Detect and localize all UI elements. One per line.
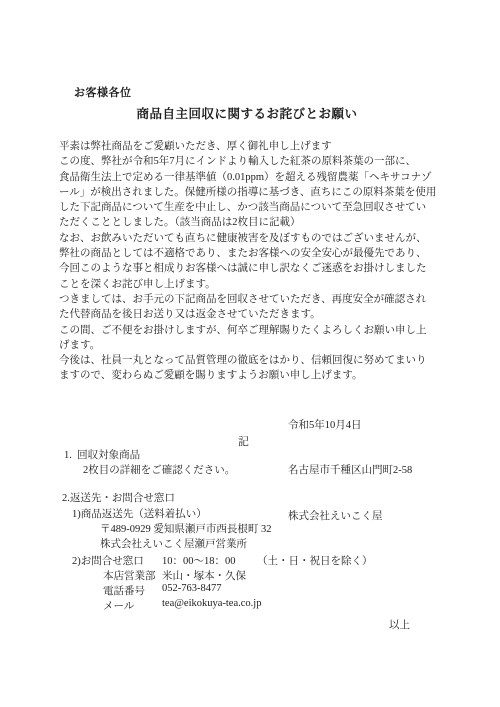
signature-company: 株式会社えいこく屋 [288,509,412,524]
body-line: なお、お飲みいただいても直ちに健康被害を及ぼすものではございませんが、 [59,231,436,246]
body-line: つきましては、お手元の下記商品を回収させていただき、再度安全が確認され [59,292,436,307]
body-line: この間、ご不便をお掛けしますが、何卒ご理解賜りたくよろしくお願い申し上 [59,323,436,338]
body-line: 食品衛生法上で定める一律基準値（0.01ppm）を超える残留農薬「ヘキサコナゾ [59,170,436,185]
body-line: 今回このような事と相成りお客様へは誠に申し訳なくご迷惑をお掛けしました [59,261,436,276]
body-paragraph: 平素は弊社商品をご愛顧いただき、厚く御礼申し上げますこの度、弊社が令和5年7月に… [59,139,436,384]
body-line: ール」が検出されました。保健所様の指導に基づき、直ちにこの原料茶葉を使用 [59,185,436,200]
body-line: 平素は弊社商品をご愛顧いただき、厚く御礼申し上げます [59,139,436,154]
staff-names: 米山・塚本・久保 [162,568,246,583]
recall-section-note: 2枚目の詳細をご確認ください。 [83,462,235,477]
recipient-line: お客様各位 [74,84,132,100]
email-label: メール [103,598,134,613]
document-page: お客様各位 商品自主回収に関するお詫びとお願い 平素は弊社商品をご愛顧いただき、… [0,0,500,707]
body-line: した下記商品について生産を中止し、かつ該当商品について至急回収させてい [59,200,436,215]
return-office-name: 株式会社えいこく屋瀬戸営業所 [100,536,247,551]
document-title: 商品自主回収に関するお詫びとお願い [0,104,494,122]
signature-date: 令和5年10月4日 [288,418,412,433]
signature-address: 名古屋市千種区山門町2-58 [288,463,412,478]
body-line: 今後は、社員一丸となって品質管理の徹底をはかり、信頼回復に努めてまいり [59,353,436,368]
body-line: げます。 [59,338,436,353]
body-line: ことを深くお詫び申し上げます。 [59,277,436,292]
body-line: この度、弊社が令和5年7月にインドより輸入した紅茶の原料茶葉の一部に、 [59,154,436,169]
return-address-label: 1)商品返送先（送料着払い） [72,506,207,521]
email-address: tea@eikokuya-tea.co.jp [162,598,261,609]
closing-marker: 以上 [389,617,410,632]
contact-window-label: 2)お問合せ窓口 [72,553,144,568]
contact-hours-note: （土・日・祝日を除く） [257,553,373,568]
phone-number: 052-763-8477 [162,583,222,594]
body-line: ただくこととしました。（該当商品は2枚目に記載） [59,215,436,230]
phone-label: 電話番号 [103,583,145,598]
recall-section-heading: 1. 回収対象商品 [64,447,140,462]
body-line: 弊社の商品としては不適格であり、またお客様への安全安心が最優先であり、 [59,246,436,261]
body-line: た代替商品を後日お送り又は返金させていただきます。 [59,307,436,322]
contact-hours: 10：00～18：00 [162,553,236,568]
contact-section-heading: 2.返送先・お問合せ窓口 [62,490,175,505]
staff-label: 本店営業部 [103,568,156,583]
body-line: ますので、変わらぬご愛顧を賜りますようお願い申し上げます。 [59,368,436,383]
return-postal-address: 〒489-0929 愛知県瀬戸市西長根町 32 [100,521,272,536]
signature-block: 令和5年10月4日 名古屋市千種区山門町2-58 株式会社えいこく屋 [288,387,412,555]
